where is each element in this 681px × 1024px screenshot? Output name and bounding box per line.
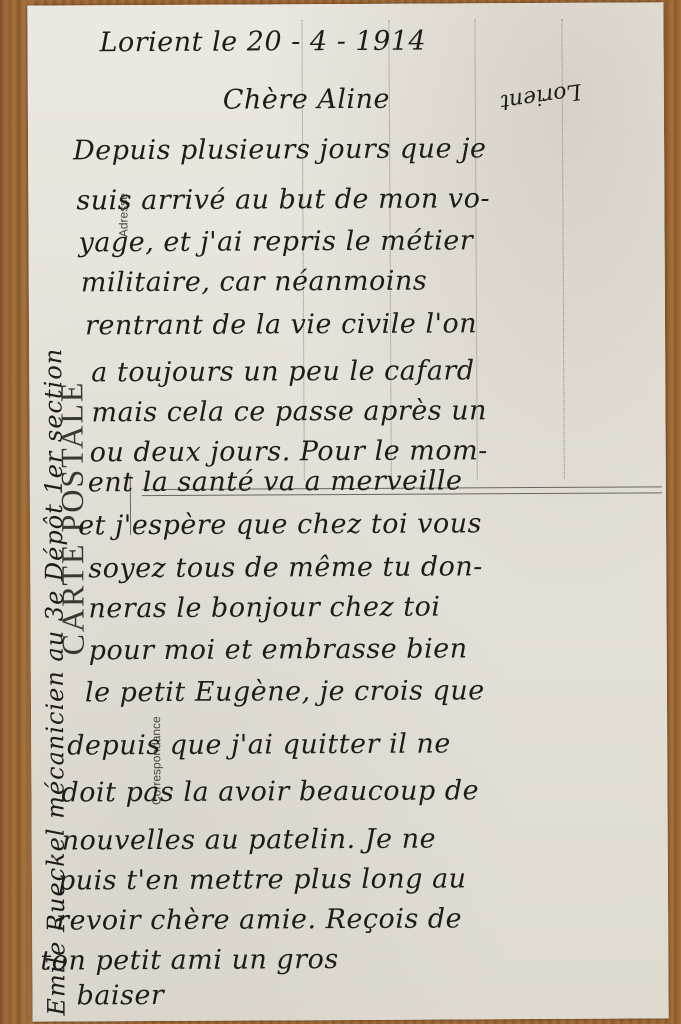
body-line: puis t'en mettre plus long au [58,863,467,896]
body-line: doit pas la avoir beaucoup de [61,775,479,808]
place-date: Lorient le 20 - 4 - 1914 [99,26,426,59]
body-line: revoir chère amie. Reçois de [56,903,462,936]
margin-signature-note: Emile Rueckel mécanicien au 3e Dépôt 1er… [39,348,70,1016]
body-line: neras le bonjour chez toi [88,592,440,625]
body-line: le petit Eugène, je crois que [85,675,485,708]
body-line: et j'espère que chez toi vous [78,508,482,541]
postcard: CARTE POSTALE Adresse Correspondance Lor… [27,2,668,1021]
body-line: mais cela ce passe après un [91,395,487,428]
body-line: ton petit ami un gros [40,944,339,977]
body-line: soyez tous de même tu don- [88,551,483,584]
body-line: pour moi et embrasse bien [89,633,468,666]
body-line: yage, et j'ai repris le métier [79,225,474,258]
salutation: Chère Aline [223,84,390,116]
body-line: militaire, car néanmoins [81,266,428,299]
body-line: ent la santé va a merveille [88,465,463,498]
body-line: nouvelles au patelin. Je ne [62,824,436,857]
body-line: baiser [76,980,164,1011]
body-line: suis arrivé au but de mon vo- [76,183,490,216]
body-line: rentrant de la vie civile l'on [85,308,477,341]
inverted-note: Lorient [499,78,583,114]
body-line: a toujours un peu le cafard [91,355,474,388]
body-line: Depuis plusieurs jours que je [73,133,487,166]
body-line: depuis que j'ai quitter il ne [67,728,451,761]
body-line: ou deux jours. Pour le mom- [90,435,488,468]
